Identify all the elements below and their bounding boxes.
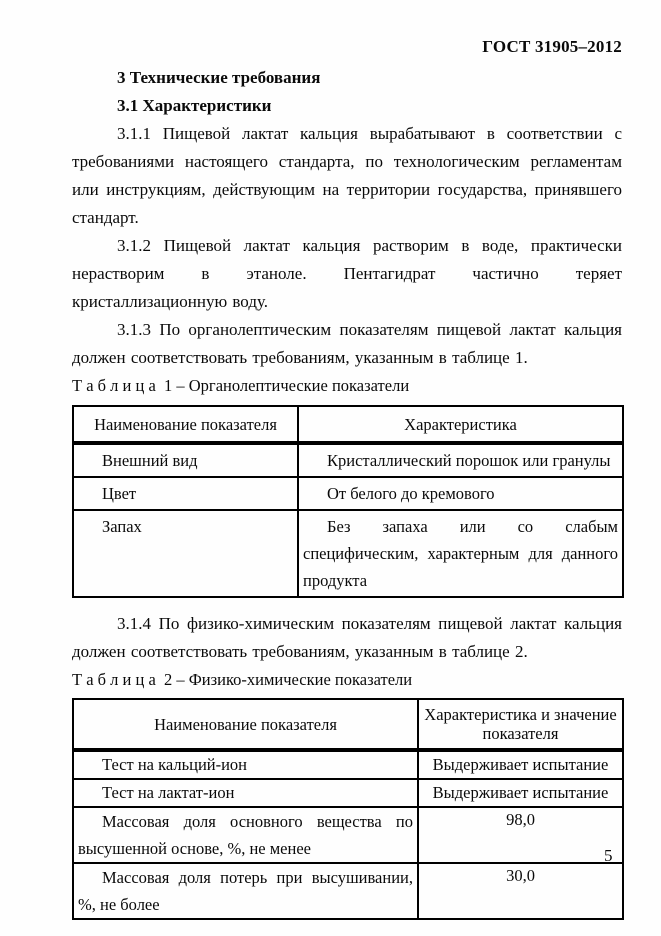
row-value: Выдерживает испытание	[418, 779, 623, 807]
table1-caption: Т а б л и ц а 1 – Органолептические пока…	[72, 372, 622, 399]
table2-caption: Т а б л и ц а 2 – Физико-химические пока…	[72, 666, 622, 693]
table-row: Цвет От белого до кремового	[73, 477, 623, 510]
row-value: Выдерживает испытание	[418, 750, 623, 779]
document-code: ГОСТ 31905–2012	[72, 38, 622, 56]
table-header-row: Наименование показателя Характеристика и…	[73, 699, 623, 750]
table-organoleptic: Наименование показателя Характеристика В…	[72, 405, 624, 598]
column-header-name: Наименование показателя	[73, 699, 418, 750]
row-label: Цвет	[73, 477, 298, 510]
column-header-characteristic: Характеристика	[298, 406, 623, 443]
table-header-row: Наименование показателя Характеристика	[73, 406, 623, 443]
paragraph-3-1-2: 3.1.2 Пищевой лактат кальция растворим в…	[72, 232, 622, 316]
document-page: ГОСТ 31905–2012 3 Технические требования…	[0, 0, 661, 936]
row-value: Без запаха или со слабым специфическим, …	[298, 510, 623, 597]
row-value: 30,0	[418, 863, 623, 919]
row-label: Массовая доля основного вещества по высу…	[73, 807, 418, 863]
table-row: Внешний вид Кристаллический порошок или …	[73, 443, 623, 477]
section-heading: 3 Технические требования	[72, 64, 622, 92]
row-label: Тест на кальций-ион	[73, 750, 418, 779]
row-label: Запах	[73, 510, 298, 597]
paragraph-3-1-3: 3.1.3 По органолептическим показателям п…	[72, 316, 622, 372]
row-value: Кристаллический порошок или гранулы	[298, 443, 623, 477]
paragraph-3-1-4: 3.1.4 По физико-химическим показателям п…	[72, 610, 622, 666]
row-label: Массовая доля потерь при высушивании, %,…	[73, 863, 418, 919]
subsection-heading: 3.1 Характеристики	[72, 92, 622, 120]
paragraph-3-1-1: 3.1.1 Пищевой лактат кальция вырабатываю…	[72, 120, 622, 232]
column-header-name: Наименование показателя	[73, 406, 298, 443]
table-row: Запах Без запаха или со слабым специфиче…	[73, 510, 623, 597]
row-label: Внешний вид	[73, 443, 298, 477]
table-row: Массовая доля основного вещества по высу…	[73, 807, 623, 863]
table-row: Тест на лактат-ион Выдерживает испытание	[73, 779, 623, 807]
table-row: Массовая доля потерь при высушивании, %,…	[73, 863, 623, 919]
row-value: 98,0	[418, 807, 623, 863]
row-value: От белого до кремового	[298, 477, 623, 510]
row-label: Тест на лактат-ион	[73, 779, 418, 807]
table-physchem: Наименование показателя Характеристика и…	[72, 698, 624, 920]
table-row: Тест на кальций-ион Выдерживает испытани…	[73, 750, 623, 779]
page-number: 5	[604, 846, 613, 866]
column-header-characteristic-value: Характеристика и значение показателя	[418, 699, 623, 750]
